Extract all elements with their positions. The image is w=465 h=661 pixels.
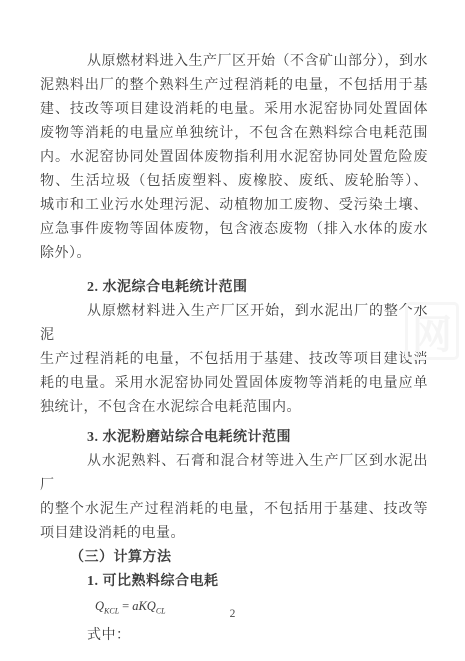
body-line: 从原燃材料进入生产厂区开始，到水泥出厂的整个水泥 bbox=[40, 300, 428, 348]
body-line: 内。水泥窑协同处置固体废物指利用水泥窑协同处置危险废 bbox=[40, 146, 428, 170]
body-line: 的整个水泥生产过程消耗的电量，不包括用于基建、技改等 bbox=[40, 498, 428, 522]
body-line: 应急事件废物等固体废物，包含液态废物（排入水体的废水 bbox=[40, 218, 428, 242]
formula-where-label: 式中： bbox=[40, 624, 428, 648]
body-line: 项目建设消耗的电量。 bbox=[40, 522, 428, 546]
body-line: 从原燃材料进入生产厂区开始（不含矿山部分），到水 bbox=[40, 50, 428, 74]
body-line: 城市和工业污水处理污泥、动植物加工废物、受污染土壤、 bbox=[40, 194, 428, 218]
paragraph-cement-scope: 从原燃材料进入生产厂区开始，到水泥出厂的整个水泥 生产过程消耗的电量，不包括用于… bbox=[40, 300, 428, 420]
text-block: 从原燃材料进入生产厂区开始（不含矿山部分），到水 泥熟料出厂的整个熟料生产过程消… bbox=[40, 50, 428, 648]
paragraph-clinker-scope: 从原燃材料进入生产厂区开始（不含矿山部分），到水 泥熟料出厂的整个熟料生产过程消… bbox=[40, 50, 428, 266]
section-heading-cement-scope: 2. 水泥综合电耗统计范围 bbox=[40, 276, 428, 300]
body-line: 除外）。 bbox=[40, 242, 428, 266]
section-heading-grinding-station-scope: 3. 水泥粉磨站综合电耗统计范围 bbox=[40, 426, 428, 450]
body-line: 生产过程消耗的电量，不包括用于基建、技改等项目建设消 bbox=[40, 348, 428, 372]
page-number: 2 bbox=[0, 608, 465, 620]
subsection-heading-comparable-clinker: 1. 可比熟料综合电耗 bbox=[40, 570, 428, 594]
section-heading-calculation-method: （三）计算方法 bbox=[40, 546, 428, 570]
body-line: 从水泥熟料、石膏和混合材等进入生产厂区到水泥出厂 bbox=[40, 450, 428, 498]
body-line: 物、生活垃圾（包括废塑料、废橡胶、废纸、废轮胎等）、 bbox=[40, 170, 428, 194]
document-page: 从原燃材料进入生产厂区开始（不含矿山部分），到水 泥熟料出厂的整个熟料生产过程消… bbox=[0, 0, 465, 661]
body-line: 废物等消耗的电量应单独统计，不包含在熟料综合电耗范围 bbox=[40, 122, 428, 146]
body-line: 耗的电量。采用水泥窑协同处置固体废物等消耗的电量应单 bbox=[40, 372, 428, 396]
body-line: 泥熟料出厂的整个熟料生产过程消耗的电量，不包括用于基 bbox=[40, 74, 428, 98]
body-line: 建、技改等项目建设消耗的电量。采用水泥窑协同处置固体 bbox=[40, 98, 428, 122]
paragraph-grinding-station-scope: 从水泥熟料、石膏和混合材等进入生产厂区到水泥出厂 的整个水泥生产过程消耗的电量，… bbox=[40, 450, 428, 546]
body-line: 独统计，不包含在水泥综合电耗范围内。 bbox=[40, 396, 428, 420]
